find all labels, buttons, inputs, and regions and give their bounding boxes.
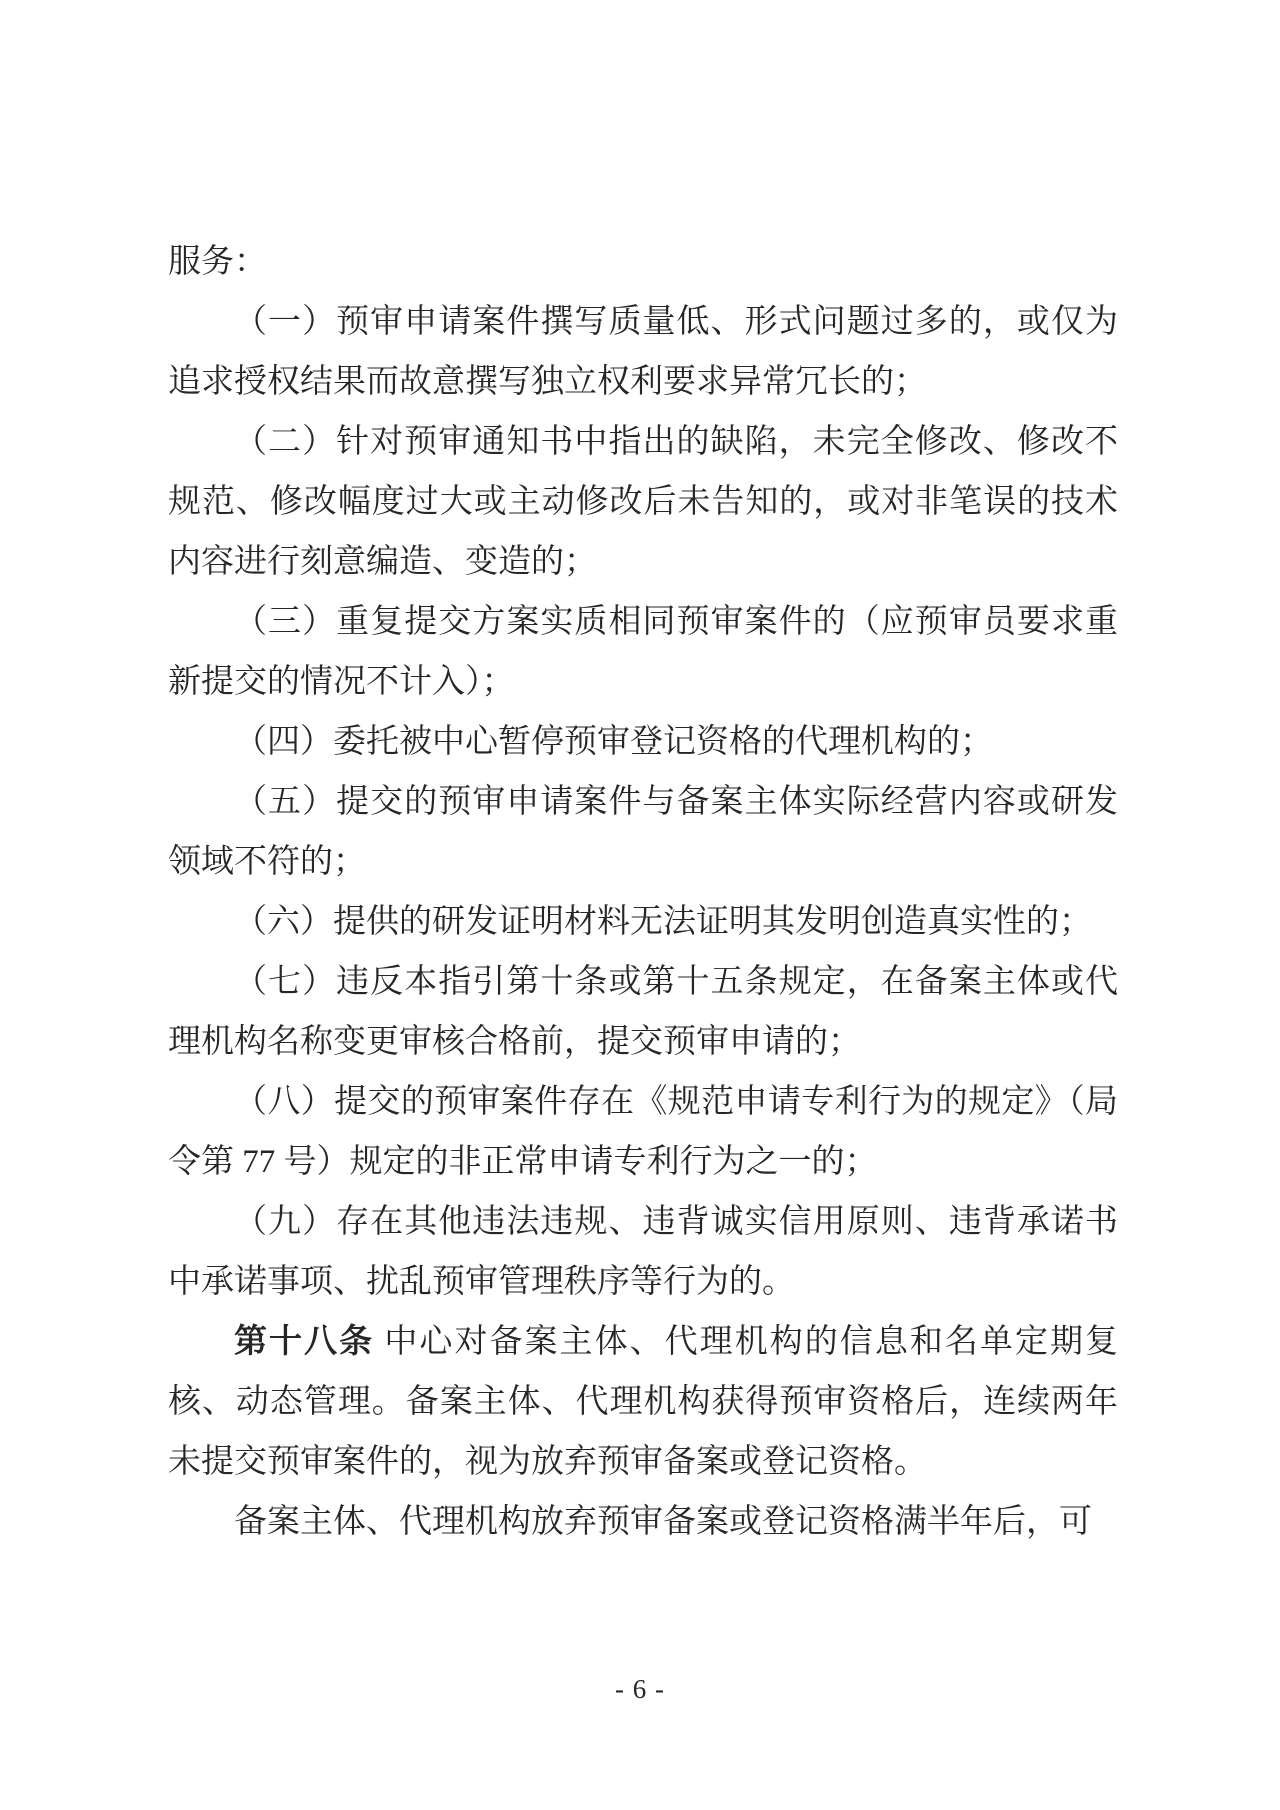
paragraph: 备案主体、代理机构放弃预审备案或登记资格满半年后，可 xyxy=(168,1492,1118,1552)
paragraph-text: （四）委托被中心暂停预审登记资格的代理机构的； xyxy=(234,724,993,760)
paragraph: （五）提交的预审申请案件与备案主体实际经营内容或研发领域不符的； xyxy=(168,772,1118,892)
paragraph-text: （六）提供的研发证明材料无法证明其发明创造真实性的； xyxy=(234,904,1092,940)
paragraph: （六）提供的研发证明材料无法证明其发明创造真实性的； xyxy=(168,892,1118,952)
paragraph-text: （三）重复提交方案实质相同预审案件的（应预审员要求重新提交的情况不计入）； xyxy=(168,604,1118,700)
paragraph-text: （八）提交的预审案件存在《规范申请专利行为的规定》（局令第 77 号）规定的非正… xyxy=(168,1084,1118,1180)
paragraph: （一）预审申请案件撰写质量低、形式问题过多的，或仅为追求授权结果而故意撰写独立权… xyxy=(168,292,1118,412)
paragraph-text: 服务： xyxy=(168,244,267,280)
paragraph-text: （九）存在其他违法违规、违背诚实信用原则、违背承诺书中承诺事项、扰乱预审管理秩序… xyxy=(168,1204,1118,1300)
document-page: 服务：（一）预审申请案件撰写质量低、形式问题过多的，或仅为追求授权结果而故意撰写… xyxy=(0,0,1280,1810)
paragraph: 服务： xyxy=(168,232,1118,292)
paragraph-text: （五）提交的预审申请案件与备案主体实际经营内容或研发领域不符的； xyxy=(168,784,1118,880)
paragraph-text: （二）针对预审通知书中指出的缺陷，未完全修改、修改不规范、修改幅度过大或主动修改… xyxy=(168,424,1118,580)
paragraph: （二）针对预审通知书中指出的缺陷，未完全修改、修改不规范、修改幅度过大或主动修改… xyxy=(168,412,1118,592)
document-body: 服务：（一）预审申请案件撰写质量低、形式问题过多的，或仅为追求授权结果而故意撰写… xyxy=(168,232,1118,1552)
paragraph: （四）委托被中心暂停预审登记资格的代理机构的； xyxy=(168,712,1118,772)
paragraph-text: 备案主体、代理机构放弃预审备案或登记资格满半年后，可 xyxy=(234,1504,1092,1540)
page-number: - 6 - xyxy=(0,1672,1280,1706)
paragraph-text: （一）预审申请案件撰写质量低、形式问题过多的，或仅为追求授权结果而故意撰写独立权… xyxy=(168,304,1118,400)
paragraph: （八）提交的预审案件存在《规范申请专利行为的规定》（局令第 77 号）规定的非正… xyxy=(168,1072,1118,1192)
paragraph: 第十八条 中心对备案主体、代理机构的信息和名单定期复核、动态管理。备案主体、代理… xyxy=(168,1312,1118,1492)
paragraph: （三）重复提交方案实质相同预审案件的（应预审员要求重新提交的情况不计入）； xyxy=(168,592,1118,712)
paragraph-text: （七）违反本指引第十条或第十五条规定，在备案主体或代理机构名称变更审核合格前，提… xyxy=(168,964,1118,1060)
paragraph: （九）存在其他违法违规、违背诚实信用原则、违背承诺书中承诺事项、扰乱预审管理秩序… xyxy=(168,1192,1118,1312)
article-number: 第十八条 xyxy=(234,1324,374,1360)
paragraph: （七）违反本指引第十条或第十五条规定，在备案主体或代理机构名称变更审核合格前，提… xyxy=(168,952,1118,1072)
